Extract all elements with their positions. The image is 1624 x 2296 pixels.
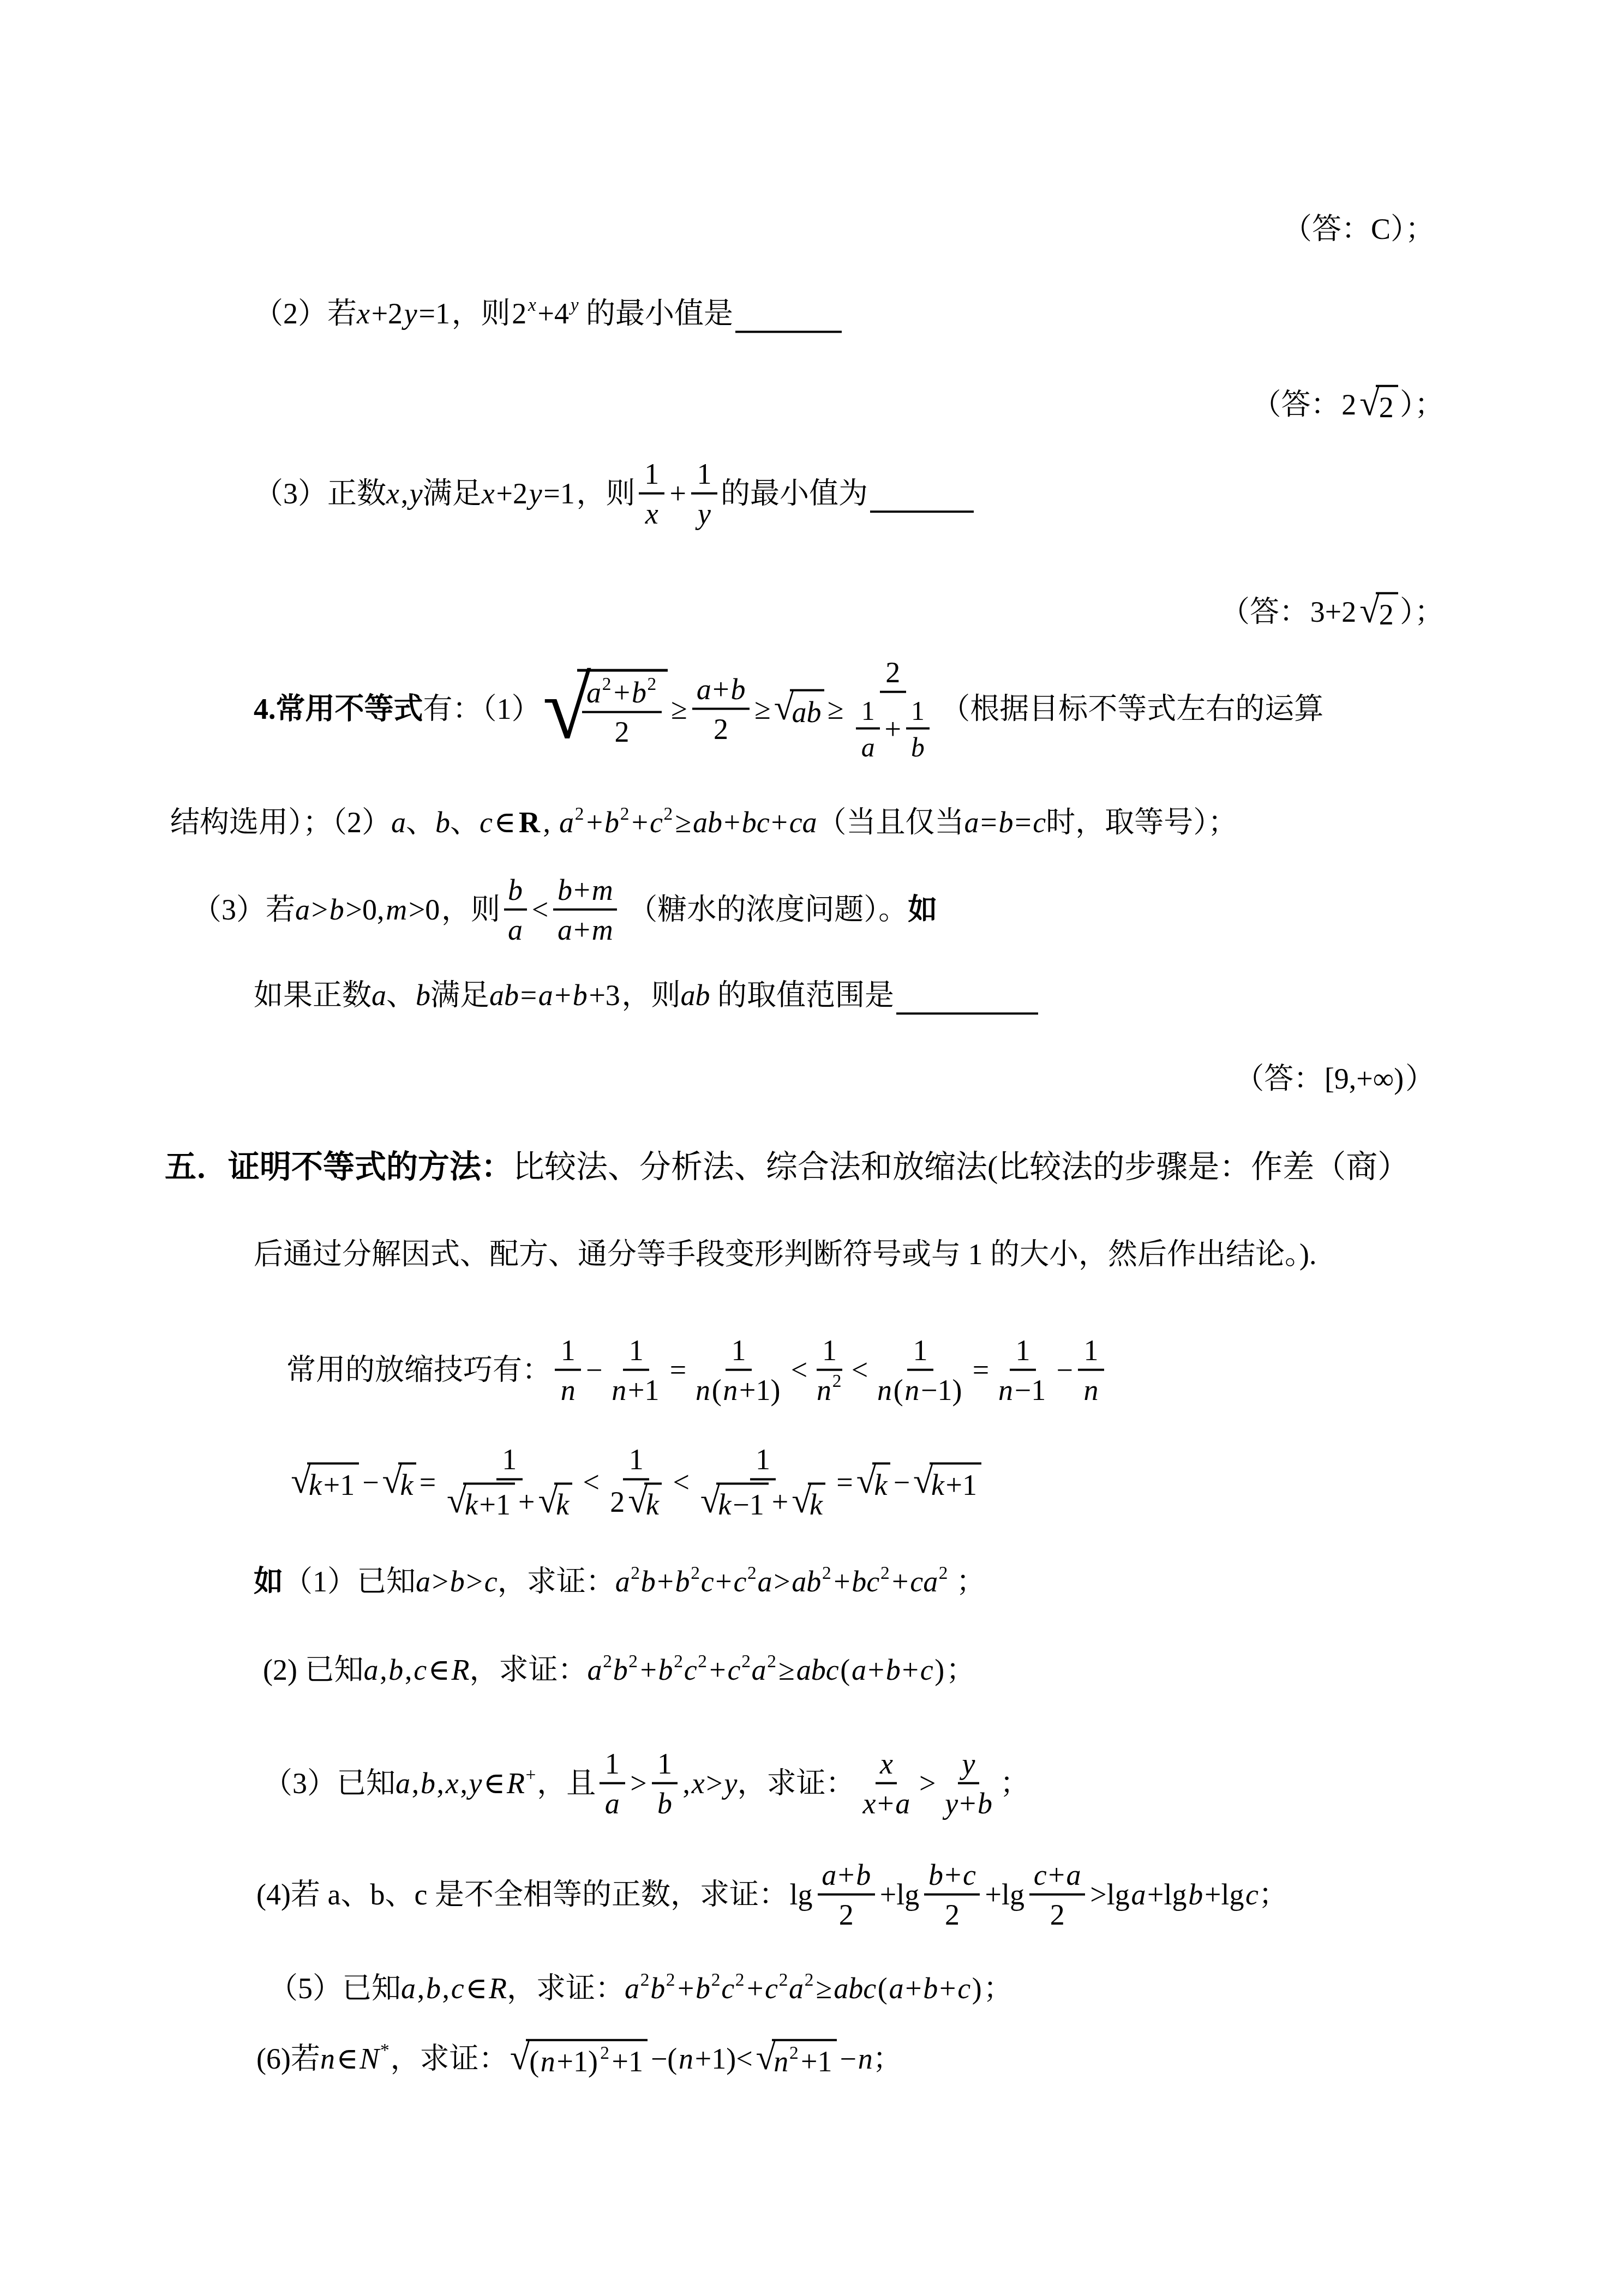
math-variable: y: [410, 477, 423, 510]
math-variable: n: [817, 1373, 831, 1407]
fill-in-blank: [735, 330, 842, 333]
example-3-line: （3）已知a,b,x,y∈R+，且1a>1b,x>y，求证：xx+a>yy+b；: [263, 1747, 1029, 1820]
math-variable: b: [558, 873, 572, 907]
fraction-numerator: 1: [623, 1333, 649, 1371]
square-root: √k: [856, 1463, 890, 1502]
math-variable: a: [538, 978, 553, 1012]
math-symbol: +3: [589, 978, 620, 1012]
text-run: （答：: [1235, 1062, 1323, 1096]
math-symbol: +: [640, 1653, 656, 1687]
superscript: 2: [574, 804, 585, 825]
problem-line-3: （3）正数x,y满足x+2y=1，则1x+1y的最小值为: [254, 457, 976, 531]
math-symbol: >0: [409, 893, 440, 927]
math-variable: x: [645, 496, 658, 530]
square-root: √k−1: [700, 1482, 769, 1522]
math-symbol: <: [852, 1353, 868, 1387]
math-variable: y: [962, 1747, 975, 1781]
math-symbol: <: [583, 1465, 600, 1499]
math-symbol: ,: [683, 1766, 691, 1800]
answer-line-2sqrt2: （答：2√2）；: [1252, 385, 1444, 425]
superscript: 2: [831, 1371, 842, 1392]
math-symbol: +: [678, 1972, 694, 2005]
math-symbol: +: [960, 1786, 976, 1820]
math-variable: x: [386, 477, 399, 510]
math-symbol: +: [772, 1485, 788, 1519]
math-symbol: <: [673, 1465, 689, 1499]
fraction-numerator: b+m: [553, 873, 617, 911]
math-symbol: +: [670, 477, 686, 510]
math-variable: y: [724, 1766, 738, 1800]
math-variable: n: [679, 2042, 693, 2076]
math-symbol: +: [747, 1972, 763, 2005]
math-symbol: ≥: [816, 1972, 832, 2005]
math-symbol: 2: [575, 804, 584, 825]
math-variable: b: [886, 1653, 901, 1687]
fraction-denominator: 2: [939, 1895, 965, 1931]
radical-sign-icon: √: [700, 1483, 720, 1519]
math-symbol: +: [715, 1565, 732, 1598]
math-symbol: +: [838, 1858, 854, 1892]
math-variable: a: [861, 731, 875, 762]
math-symbol: −1: [733, 1488, 764, 1522]
math-variable: y: [571, 295, 579, 316]
math-symbol: +: [771, 806, 787, 839]
math-symbol: ,: [460, 1766, 468, 1800]
fraction: 12√k: [604, 1442, 668, 1522]
fraction-denominator: x+a: [859, 1784, 914, 1820]
text-run: 满足: [423, 477, 482, 510]
superscript: 2: [788, 2043, 799, 2064]
fraction: b+ma+m: [553, 873, 617, 947]
math-variable: n: [541, 2045, 555, 2078]
text-run: 常用的放缩技巧有：: [286, 1353, 552, 1387]
math-variable: a: [752, 1653, 766, 1687]
superscript: 2: [778, 1970, 789, 1991]
fraction-numerator: 1: [726, 1333, 751, 1371]
text-run: ）: [1405, 1062, 1435, 1096]
fraction: 1n: [1078, 1333, 1104, 1407]
math-symbol: +1: [946, 1468, 977, 1502]
fraction-numerator: 1: [1078, 1333, 1104, 1371]
math-symbol: =: [670, 1353, 686, 1387]
math-variable: b: [632, 675, 646, 709]
math-symbol: 2: [747, 1563, 757, 1584]
math-variable: c: [484, 1565, 498, 1598]
radical-sign-icon: √: [1359, 386, 1379, 422]
math-variable: b: [604, 806, 619, 839]
math-symbol: ,: [380, 1653, 387, 1687]
math-variable: x: [357, 297, 370, 330]
math-variable: R: [489, 1972, 507, 2005]
superscript: +: [525, 1765, 537, 1786]
superscript: x: [528, 295, 536, 316]
fraction: c+a2: [1029, 1858, 1085, 1932]
math-variable: b: [329, 893, 344, 927]
fill-in-blank: [870, 510, 974, 513]
fraction-denominator: 2: [708, 710, 734, 746]
math-variable: a: [395, 1766, 410, 1800]
text-run: ，且: [537, 1766, 596, 1800]
math-variable: ab: [693, 806, 722, 839]
math-variable: b: [696, 1972, 710, 2005]
fraction-denominator: 2: [609, 713, 634, 749]
text-run: ；: [949, 1565, 986, 1598]
text-run: 如果正数: [254, 978, 371, 1012]
square-root: √(n+1)2+1: [510, 2039, 648, 2079]
radicand: k+1: [930, 1463, 981, 1502]
math-symbol: −1): [921, 1373, 962, 1407]
radical-sign-icon: √: [628, 1483, 648, 1519]
math-symbol: ∈: [494, 806, 516, 839]
fraction-numerator: 2: [880, 656, 906, 693]
math-symbol: ,: [437, 1766, 445, 1800]
square-root: √a2+b22: [543, 665, 668, 753]
math-symbol: 2: [648, 674, 657, 695]
math-symbol: 2: [631, 1563, 640, 1584]
math-symbol: 2: [711, 1970, 721, 1991]
math-variable: abc: [796, 1653, 839, 1687]
math-variable: k: [400, 1468, 413, 1502]
math-symbol: 2: [615, 715, 630, 749]
math-symbol: >: [774, 1565, 790, 1598]
math-symbol: =: [520, 978, 537, 1012]
math-symbol: +lg: [880, 1878, 919, 1912]
fraction: 1n+1: [608, 1333, 665, 1407]
math-symbol: (: [840, 1653, 850, 1687]
fraction-denominator: n2: [812, 1371, 846, 1407]
math-variable: y: [945, 1786, 958, 1820]
math-variable: c: [684, 1653, 697, 1687]
math-variable: n: [561, 1373, 576, 1407]
math-variable: b: [508, 873, 523, 907]
math-symbol: =1: [543, 477, 574, 510]
fraction-denominator: 2: [834, 1895, 859, 1931]
radical-sign-icon: √: [538, 1483, 558, 1519]
text-run: （糖水的浓度问题）。: [621, 893, 908, 927]
bold-text-run: 如: [908, 893, 937, 927]
text-run: （2）若: [254, 297, 357, 330]
text-run: ，则: [576, 477, 635, 510]
math-symbol: [9,+∞): [1325, 1062, 1404, 1096]
math-variable: a: [1066, 1858, 1081, 1892]
fill-in-blank: [896, 1012, 1038, 1014]
math-symbol: ∈: [428, 1653, 450, 1687]
fraction-denominator: n(n−1): [873, 1371, 967, 1407]
math-variable: c: [963, 1858, 976, 1892]
radical-sign-icon: √: [774, 690, 794, 726]
math-symbol: 2: [698, 1651, 707, 1673]
math-symbol: +: [518, 1485, 535, 1519]
math-symbol: ): [934, 1653, 944, 1687]
text-run: ；: [984, 1972, 1013, 2005]
fraction-denominator: b: [654, 1784, 676, 1820]
math-variable: b: [573, 978, 588, 1012]
text-run: 、: [386, 978, 416, 1012]
math-symbol: >0,: [346, 893, 385, 927]
math-symbol: +: [877, 1786, 894, 1820]
math-variable: x: [880, 1747, 893, 1781]
text-run: (4)若 a、b、c 是不全相等的正数，求证：: [256, 1878, 788, 1912]
math-variable: m: [592, 912, 613, 946]
superscript: 2: [746, 1563, 757, 1584]
math-symbol: 1: [1015, 1333, 1030, 1367]
math-symbol: 2: [832, 1371, 842, 1392]
math-symbol: +: [526, 1765, 536, 1786]
superscript: 2: [710, 1970, 721, 1991]
math-variable: a: [391, 806, 406, 839]
math-symbol: 2: [789, 2043, 799, 2064]
math-symbol: 2: [1050, 1897, 1065, 1931]
math-variable: a: [758, 1565, 772, 1598]
fraction: 1b: [906, 695, 930, 762]
square-root: √k+1: [291, 1463, 359, 1502]
math-variable: b: [911, 731, 925, 762]
math-symbol: +lg: [985, 1878, 1024, 1912]
math-variable: a: [559, 806, 574, 839]
math-variable: c: [728, 1653, 741, 1687]
superscript: 2: [602, 1651, 613, 1673]
fraction-denominator: n+1: [608, 1371, 665, 1407]
math-symbol: ,: [442, 1972, 450, 2005]
fraction-numerator: a+b: [818, 1858, 875, 1896]
math-variable: R: [452, 1653, 470, 1687]
math-symbol: +: [724, 806, 740, 839]
math-variable: a: [371, 978, 386, 1012]
fraction: xx+a: [859, 1747, 914, 1820]
radical-sign-icon: √: [291, 1463, 310, 1499]
math-variable: b: [998, 806, 1013, 839]
superscript: 2: [690, 1563, 701, 1584]
fraction-denominator: b: [907, 730, 928, 763]
text-run: ，则: [441, 893, 500, 927]
math-variable: a: [416, 1565, 430, 1598]
math-symbol: 2: [945, 1897, 960, 1931]
method-continuation-line: 后通过分解因式、配方、通分等手段变形判断符号或与 1 的大小，然后作出结论。).: [254, 1237, 1316, 1271]
math-symbol: ≥: [778, 1653, 795, 1687]
text-run: （根据目标不等式左右的运算: [940, 692, 1323, 726]
math-variable: y: [529, 477, 542, 510]
math-symbol: 2: [674, 1651, 683, 1673]
math-variable: n: [1083, 1373, 1098, 1407]
math-variable: ca: [789, 806, 817, 839]
math-symbol: +: [657, 1565, 673, 1598]
math-symbol: +: [586, 806, 603, 839]
math-symbol: >: [311, 893, 328, 927]
fraction-numerator: 1: [600, 1747, 625, 1784]
math-symbol: 2: [741, 1651, 751, 1673]
math-variable: a: [295, 893, 310, 927]
text-run: （3）若: [192, 893, 295, 927]
fraction: a2+b22: [582, 675, 661, 749]
math-symbol: 1: [644, 457, 659, 491]
fraction: 1b: [652, 1747, 678, 1820]
superscript: 2: [766, 1651, 777, 1673]
math-variable: b: [416, 978, 430, 1012]
superscript: y: [571, 295, 579, 316]
sqrt-k-line: √k+1−√k=1√k+1+√k<12√k<1√k−1+√k=√k−√k+1: [289, 1442, 983, 1522]
math-symbol: +: [902, 1653, 919, 1687]
superscript: 2: [646, 674, 657, 695]
answer-line-3plus2sqrt2: （答：3+2√2）；: [1220, 592, 1444, 632]
superscript: 2: [665, 1970, 676, 1991]
math-symbol: +1: [323, 1468, 355, 1502]
math-variable: a: [508, 912, 523, 946]
fraction-numerator: a+b: [692, 672, 750, 710]
math-symbol: >: [432, 1565, 448, 1598]
math-symbol: (: [712, 1373, 722, 1407]
math-symbol: =: [836, 1465, 853, 1499]
fraction: 1n: [555, 1333, 580, 1407]
fraction-numerator: 1: [496, 1442, 522, 1480]
square-root: √ab: [774, 689, 824, 729]
fraction: ba: [504, 873, 527, 947]
math-variable: c: [480, 806, 493, 839]
radicand: a2+b22: [577, 669, 668, 749]
math-symbol: +2: [371, 297, 403, 330]
math-variable: a: [615, 1565, 630, 1598]
superscript: 2: [879, 1563, 890, 1584]
text-run: ，求证：: [498, 1565, 615, 1598]
math-variable: a: [964, 806, 979, 839]
radical-sign-icon: √: [1359, 593, 1379, 629]
text-run: 后通过分解因式、配方、通分等手段变形判断符号或与 1 的大小，然后作出结论。).: [254, 1237, 1316, 1271]
fraction-denominator: n: [556, 1371, 579, 1407]
fraction-denominator: x: [641, 494, 662, 530]
example-4-line: (4)若 a、b、c 是不全相等的正数，求证：lga+b2+lgb+c2+lgc…: [256, 1858, 1288, 1932]
text-run: ；: [1000, 1766, 1029, 1800]
math-symbol: 2: [603, 1651, 612, 1673]
text-run: （5）已知: [268, 1972, 401, 2005]
math-symbol: ,: [401, 477, 409, 510]
math-variable: b: [675, 1565, 690, 1598]
math-variable: x: [862, 1786, 876, 1820]
math-symbol: 2: [620, 804, 630, 825]
fraction-numerator: 1: [639, 457, 664, 495]
math-symbol: 2: [512, 297, 526, 330]
text-run: (2) 已知: [263, 1653, 363, 1687]
text-run: ；: [946, 1653, 975, 1687]
math-variable: k: [874, 1468, 887, 1502]
math-symbol: 2: [839, 1897, 854, 1931]
fraction-denominator: a: [601, 1784, 624, 1820]
math-variable: ab: [792, 1565, 821, 1598]
math-symbol: 1: [697, 457, 711, 491]
fraction-numerator: x: [876, 1747, 897, 1784]
math-variable: a: [697, 672, 711, 706]
math-variable: x: [692, 1766, 705, 1800]
math-variable: N: [359, 2042, 379, 2076]
fraction: b+c2: [924, 1858, 980, 1932]
bold-text-run: 如: [254, 1565, 283, 1598]
math-variable: b: [388, 1653, 403, 1687]
math-symbol: 1: [629, 1442, 644, 1476]
math-symbol: 2: [1341, 388, 1356, 422]
math-symbol: +: [555, 978, 571, 1012]
fraction-denominator: y+b: [941, 1784, 997, 1820]
math-symbol: −: [362, 1465, 379, 1499]
math-symbol: 1: [657, 1747, 672, 1781]
fraction-numerator: c+a: [1029, 1858, 1085, 1896]
bold-text-run: 五．证明不等式的方法：: [165, 1149, 513, 1186]
math-symbol: 2: [805, 1970, 814, 1991]
fraction-denominator: n−1: [994, 1371, 1051, 1407]
math-symbol: ∈: [483, 1766, 505, 1800]
math-symbol: +: [939, 1972, 956, 2005]
text-run: (6)若: [256, 2042, 320, 2076]
example-6-line: (6)若n∈N*，求证：√(n+1)2+1−(n+1)<√n2+1−n；: [256, 2039, 902, 2079]
math-symbol: +1)<: [695, 2042, 753, 2076]
math-symbol: 2: [600, 2043, 609, 2064]
math-symbol: 1: [732, 1333, 746, 1367]
math-variable: c: [1034, 1858, 1047, 1892]
math-variable: R: [507, 1766, 525, 1800]
math-variable: x: [446, 1766, 459, 1800]
math-variable: k: [931, 1468, 944, 1502]
math-variable: c: [920, 1653, 933, 1687]
square-root: √k: [628, 1482, 662, 1522]
math-variable: a: [625, 1972, 639, 2005]
math-variable: a: [789, 1972, 804, 2005]
math-symbol: +1): [557, 2045, 598, 2078]
math-variable: n: [696, 1373, 710, 1407]
math-variable: b: [856, 1858, 871, 1892]
fraction-denominator: √k+1+√k: [441, 1480, 578, 1522]
math-variable: c: [701, 1565, 714, 1598]
math-symbol: 2: [664, 804, 673, 825]
math-symbol: 2: [602, 674, 612, 695]
square-root: √k+1: [447, 1482, 515, 1522]
math-variable: abc: [834, 1972, 876, 2005]
answer-line-1c: （答：C）；: [1283, 212, 1435, 246]
text-run: 、: [406, 806, 435, 839]
fraction-numerator: 1: [906, 695, 930, 730]
math-symbol: +1: [801, 2045, 832, 2078]
math-symbol: 2: [735, 1970, 745, 1991]
square-root: √k: [792, 1482, 825, 1522]
fraction-denominator: 1a+1b: [849, 693, 937, 762]
math-variable: b: [421, 1766, 435, 1800]
text-run: （3）已知: [263, 1766, 395, 1800]
fraction: 1y: [691, 457, 717, 531]
fraction: yy+b: [941, 1747, 997, 1820]
radicand: k+1: [307, 1463, 359, 1502]
square-root: √2: [1359, 592, 1398, 632]
math-symbol: 2: [691, 1563, 700, 1584]
math-variable: n: [877, 1373, 892, 1407]
math-variable: c: [1245, 1878, 1259, 1912]
text-run: （答：: [1220, 595, 1309, 629]
math-symbol: +: [885, 712, 901, 746]
math-variable: bc: [852, 1565, 879, 1598]
fraction-denominator: 2: [1044, 1895, 1070, 1931]
fraction-denominator: a: [504, 910, 527, 946]
math-variable: b: [641, 1565, 656, 1598]
text-run: 时，取等号）；: [1046, 806, 1237, 839]
superscript: 2: [601, 674, 612, 695]
radicand: k−1: [716, 1482, 768, 1522]
square-root: √k: [538, 1482, 572, 1522]
math-symbol: +lg: [1204, 1878, 1244, 1912]
math-symbol: (: [878, 1972, 888, 2005]
fraction-numerator: 1: [907, 1333, 933, 1371]
square-root: √k: [382, 1463, 416, 1502]
math-variable: a: [852, 1653, 866, 1687]
math-variable: c: [1033, 806, 1046, 839]
math-symbol: +: [834, 1565, 850, 1598]
math-variable: a: [822, 1858, 836, 1892]
text-run: ，求证：: [390, 2042, 508, 2076]
structure-select-line: 结构选用）；（2）a、b、c∈R, a2+b2+c2≥ab+bc+ca（当且仅当…: [170, 806, 1237, 839]
